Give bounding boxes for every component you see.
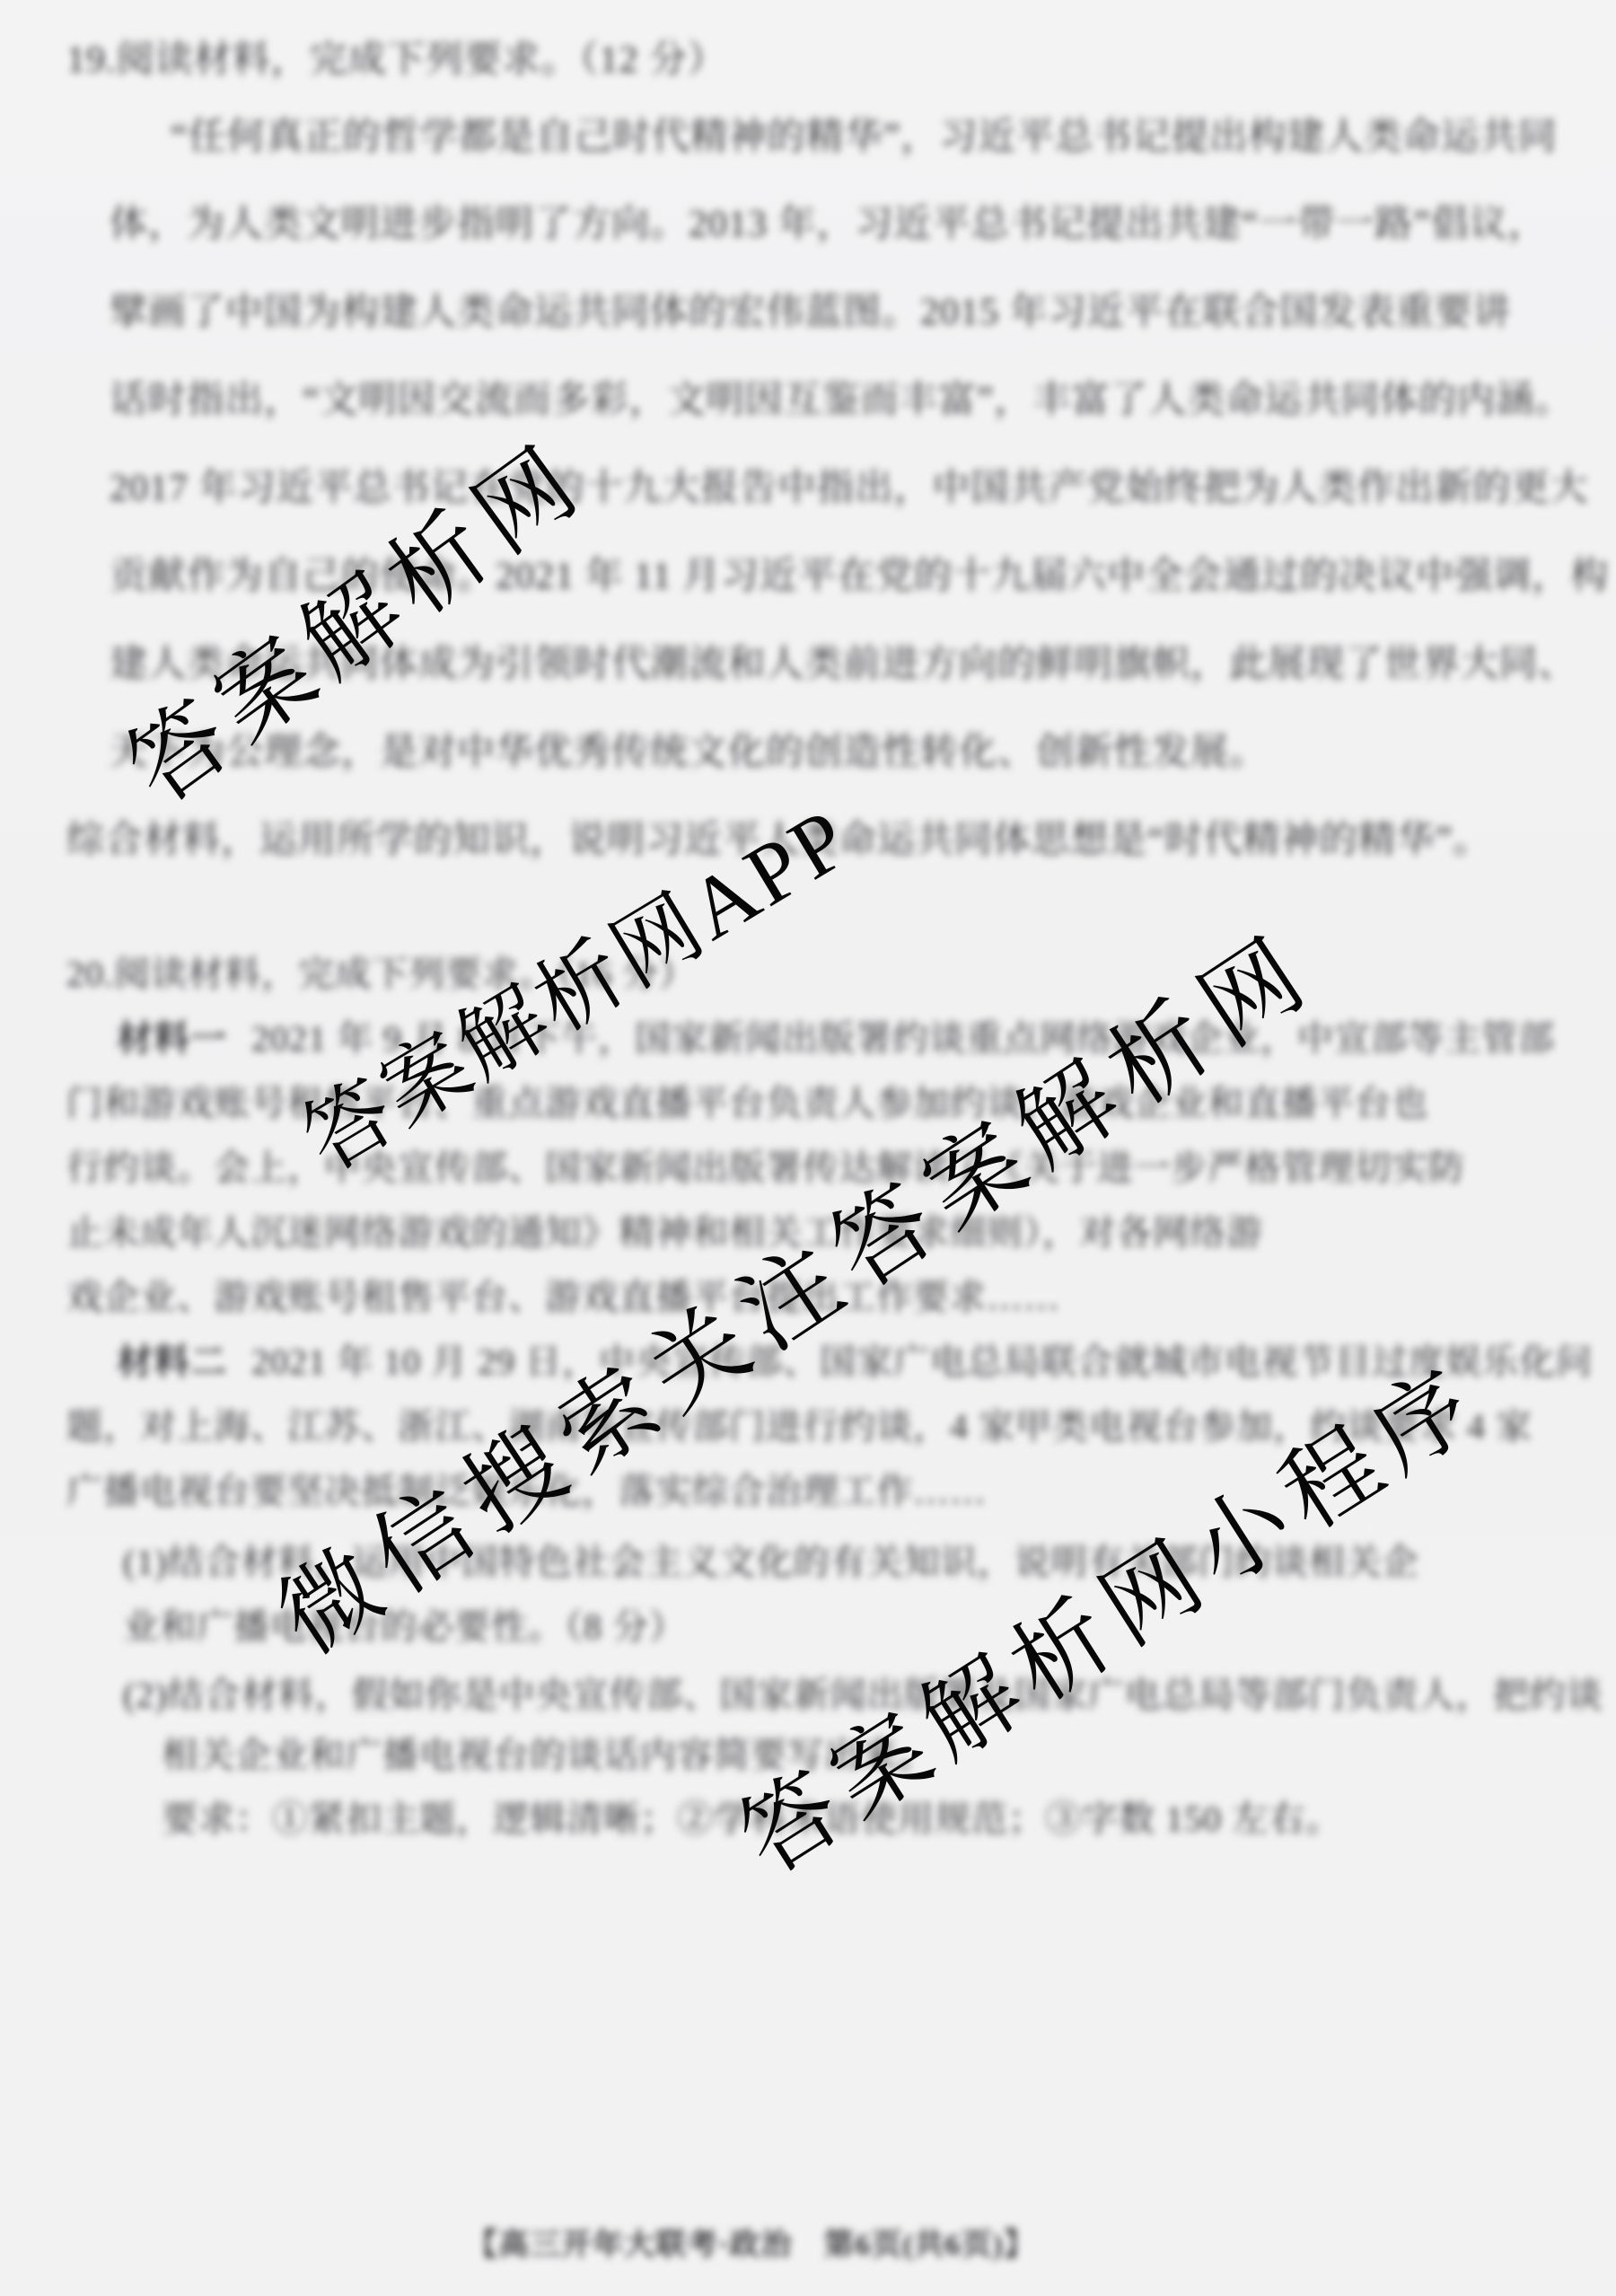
text-line: 止未成年人沉迷网络游戏的通知》精神和相关工作要求细则），对各网络游 <box>66 1215 1263 1251</box>
scanned-exam-page: 【高三开年大联考·政治 第6页(共6页)】 19.阅读材料，完成下列要求。（12… <box>0 0 1616 2296</box>
text-line: 话时指出，“文明因交流而多彩，文明因互鉴而丰富”，丰富了人类命运共同体的内涵。 <box>110 382 1573 419</box>
text-line: 擘画了中国为构建人类命运共同体的宏伟蓝图。2015 年习近平在联合国发表重要讲 <box>110 294 1512 331</box>
text-line: 材料一 <box>117 1021 227 1057</box>
text-line: 2021 年 10 月 29 日，中央宣传部、国家广电总局联合就城市电视节目过度… <box>251 1344 1593 1380</box>
page-footer: 【高三开年大联考·政治 第6页(共6页)】 <box>467 2220 1035 2264</box>
text-line: 行约谈。会上，中央宣传部、国家新闻出版署传达解读了《关于进一步严格管理切实防 <box>66 1150 1465 1186</box>
text-line: 2017 年习近平总书记在党的十九大报告中指出，中国共产党始终把为人类作出新的更… <box>110 470 1589 507</box>
text-line: (2)结合材料，假如你是中央宣传部、国家新闻出版署及国家广电总局等部门负责人，把… <box>123 1677 1603 1713</box>
text-line: 戏企业、游戏账号租售平台、游戏直播平台提出工作要求…… <box>66 1280 1060 1315</box>
blurred-document-layer: 【高三开年大联考·政治 第6页(共6页)】 19.阅读材料，完成下列要求。（12… <box>0 0 1616 2296</box>
text-line: “任何真正的哲学都是自己时代精神的精华”，习近平总书记提出构建人类命运共同 <box>171 119 1557 156</box>
text-line: 材料二 <box>117 1344 227 1380</box>
text-line: 门和游戏账号租售平台、重点游戏直播平台负责人参加约谈，游戏企业和直播平台也 <box>66 1086 1428 1122</box>
text-line: 19.阅读材料，完成下列要求。（12 分） <box>66 41 726 79</box>
text-line: 体，为人类文明进步指明了方向。2013 年，习近平总书记提出共建“一带一路”倡议… <box>110 206 1547 243</box>
